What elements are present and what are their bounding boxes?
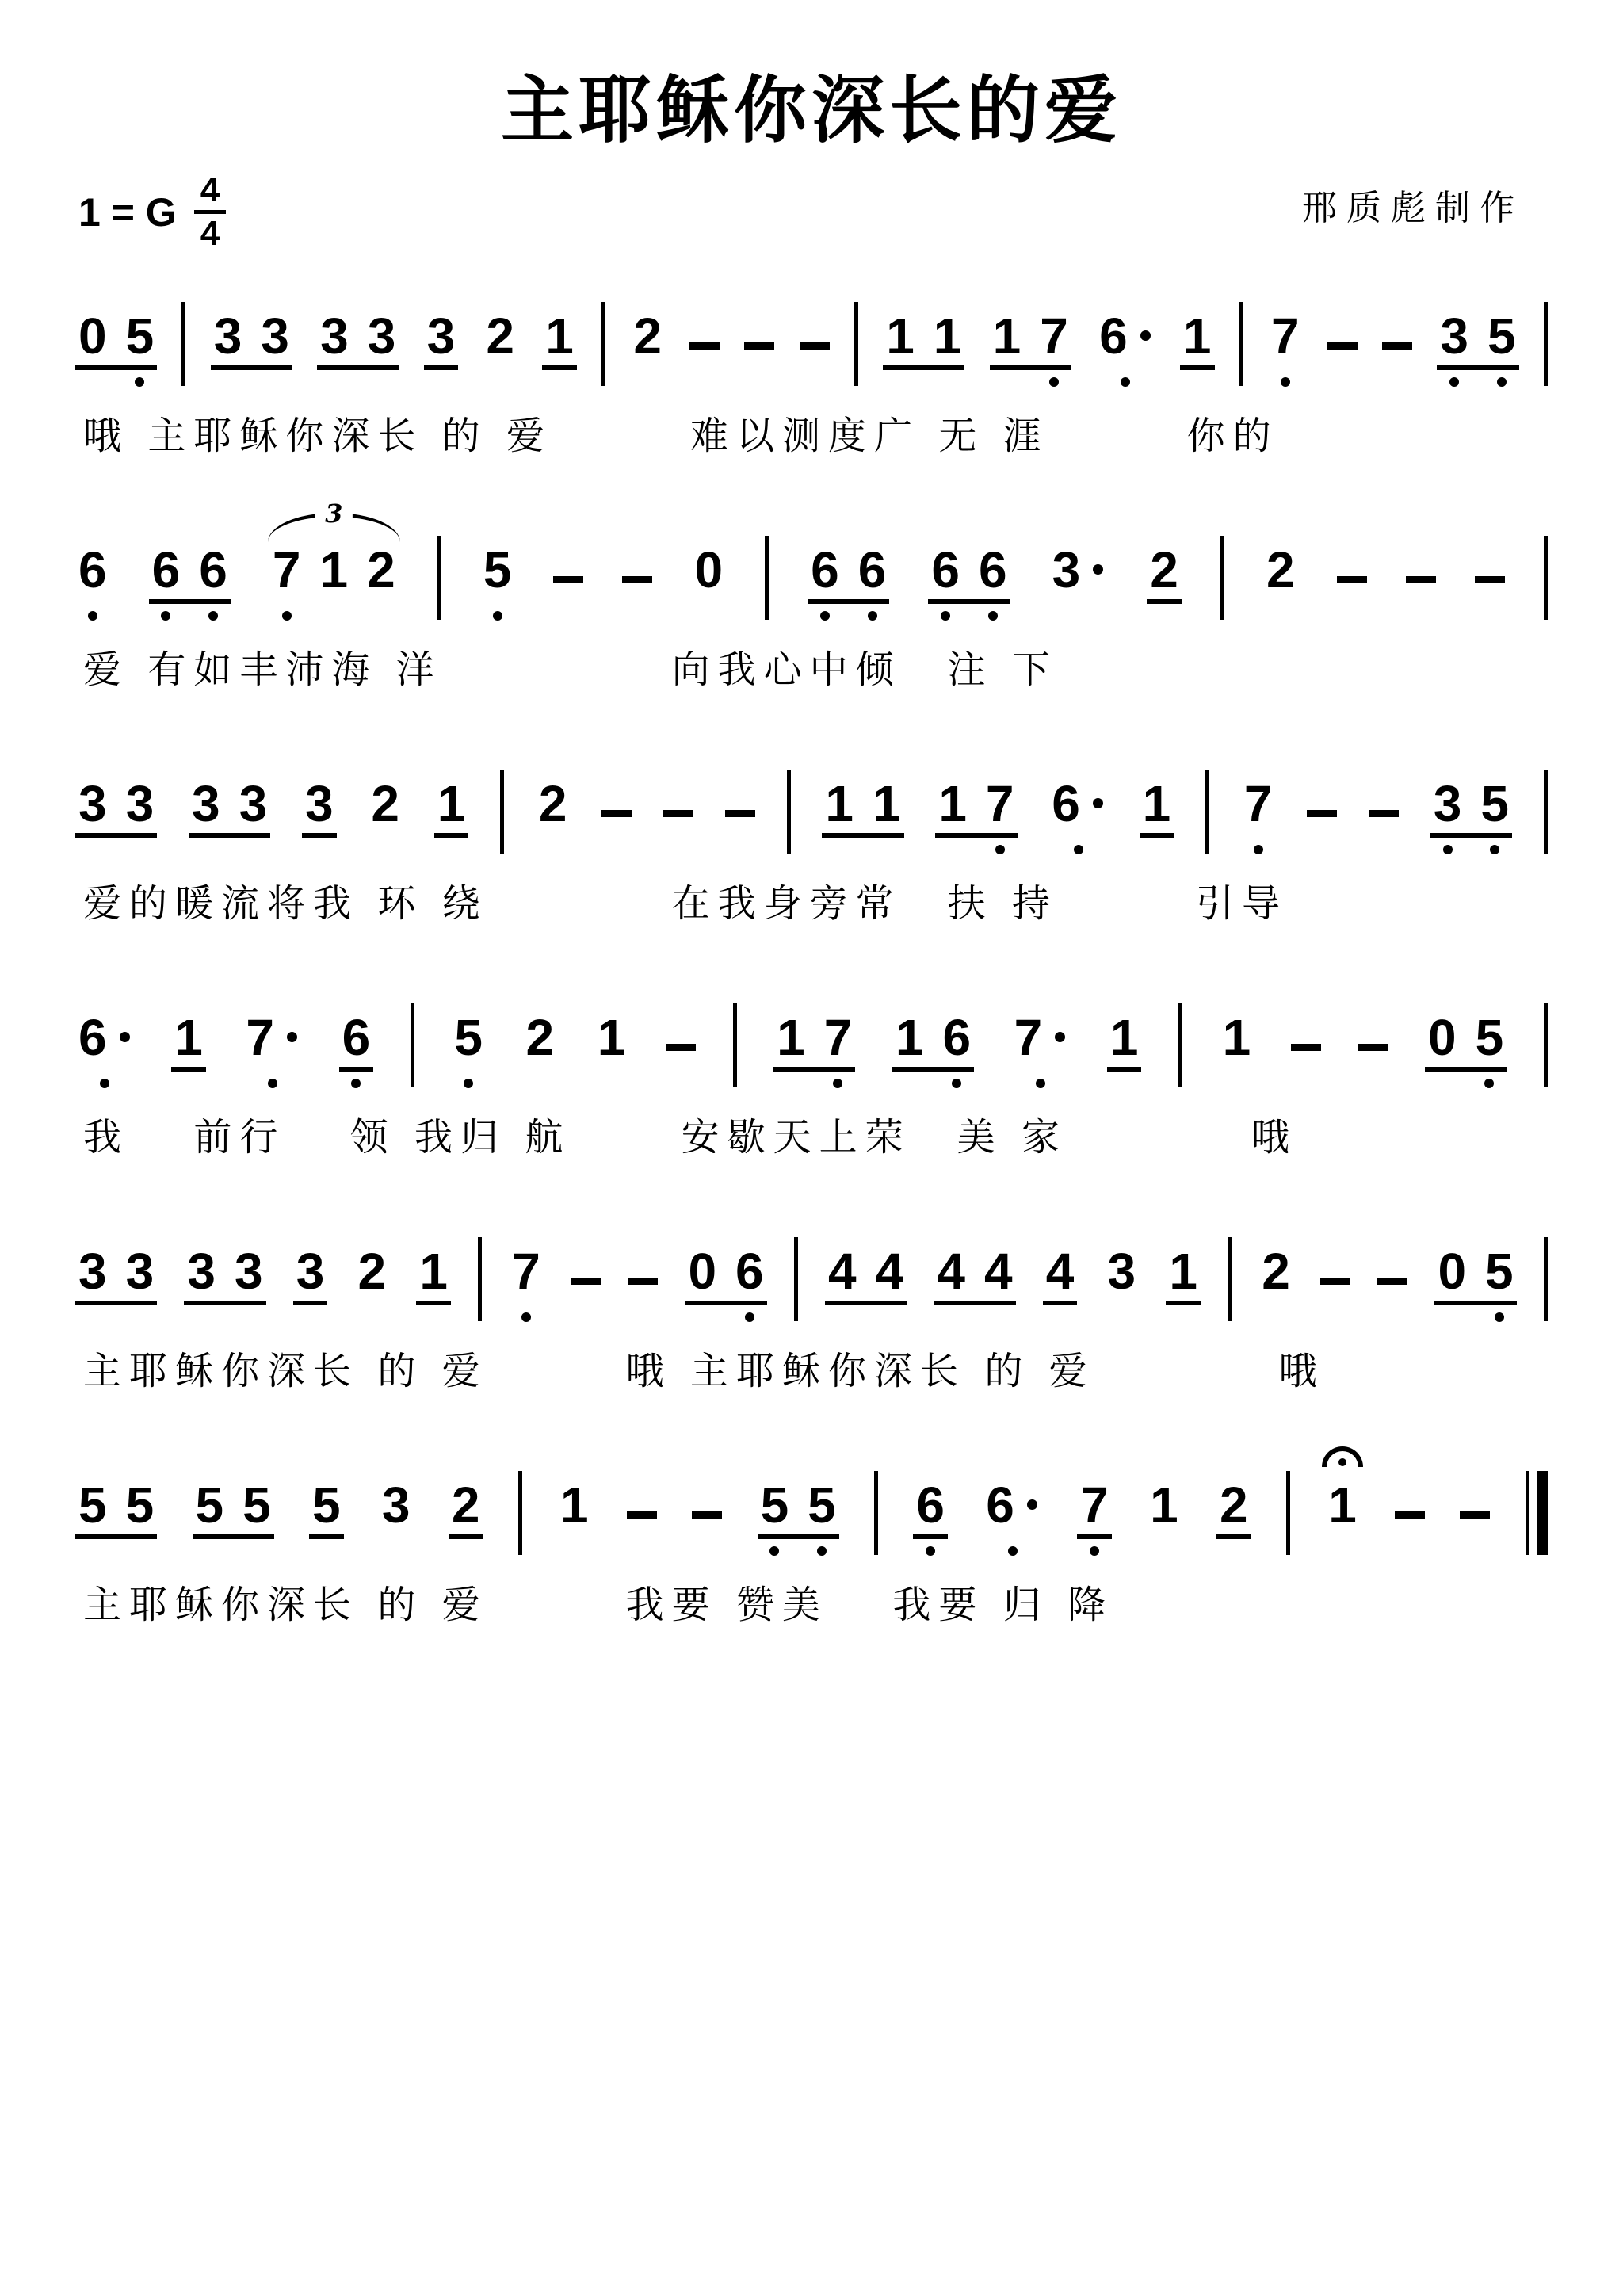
extension-dash (601, 810, 632, 817)
barline (1544, 1003, 1548, 1087)
note-digit: 1 (319, 549, 348, 592)
note-group: 2 (1216, 1484, 1251, 1539)
extension-dash (1337, 576, 1367, 583)
note: 4 (937, 1251, 965, 1293)
note-digit: 7 (246, 1017, 274, 1060)
notation-line-5: 33333217064444431205 (75, 1237, 1548, 1305)
extension-dash (1377, 1278, 1407, 1285)
note-digit: 3 (261, 315, 289, 358)
note-digit: 6 (78, 549, 107, 592)
low-octave-dot-icon (493, 611, 502, 621)
note-digit: 1 (174, 1017, 203, 1060)
note-digit: 6 (986, 1484, 1014, 1527)
extension-dash (1395, 1511, 1425, 1519)
note-digit: 2 (486, 315, 514, 358)
note-digit: 3 (235, 1251, 263, 1293)
note-digit: 5 (126, 1484, 155, 1527)
note: 7 (512, 1251, 540, 1293)
note: 5 (808, 1484, 836, 1527)
note-group: 55 (75, 1484, 157, 1539)
note: 1 (319, 549, 348, 592)
note-group: 3 (1049, 549, 1109, 604)
note: 6 (979, 549, 1007, 592)
note-digit: 3 (1052, 549, 1081, 592)
note: 6 (1052, 783, 1105, 826)
note-group: 2 (1258, 1251, 1293, 1305)
note-group: 2 (523, 1017, 558, 1072)
note-group: 1 (416, 1251, 451, 1305)
note-group: 6 (75, 549, 110, 604)
notation-line-2: 6663712506666322 (75, 536, 1548, 604)
note-group: 05 (75, 315, 157, 370)
note-group: 0 (691, 549, 726, 604)
note: 1 (1223, 1017, 1251, 1060)
note-group: 3 (424, 315, 459, 370)
low-octave-dot-icon (1281, 377, 1290, 387)
note: 3 (368, 315, 396, 358)
extension-dash (1460, 1511, 1490, 1519)
score: 0533333212111761735哦 主耶稣你深长 的 爱 难以测度广 无 … (75, 302, 1548, 1629)
extension-dash (1358, 1044, 1388, 1051)
note: 0 (694, 549, 723, 592)
note-digit: 6 (931, 549, 960, 592)
note-digit: 3 (214, 315, 242, 358)
note-group: 33 (75, 1251, 157, 1305)
note: 2 (526, 1017, 555, 1060)
note-digit: 5 (808, 1484, 836, 1527)
note-group: 35 (1437, 315, 1518, 370)
final-barline (1526, 1471, 1548, 1555)
note-group: 3 (293, 1251, 328, 1305)
barline (765, 536, 769, 620)
note-digit: 3 (296, 1251, 325, 1293)
note: 5 (1476, 1017, 1504, 1060)
note: 5 (242, 1484, 271, 1527)
low-octave-dot-icon (268, 1079, 277, 1088)
note-digit: 3 (126, 1251, 155, 1293)
extension-dash (1382, 342, 1412, 350)
extension-dash (1327, 342, 1358, 350)
note: 1 (1328, 1484, 1357, 1527)
note-digit: 1 (1183, 315, 1212, 358)
extension-dash (800, 342, 830, 350)
note-digit: 1 (777, 1017, 805, 1060)
note-group: 7 (1011, 1017, 1071, 1072)
barline (500, 770, 504, 854)
extension-dash (553, 576, 583, 583)
low-octave-dot-icon (745, 1312, 754, 1322)
extension-dash (628, 1278, 658, 1285)
note: 6 (78, 549, 107, 592)
augmentation-dot-icon (287, 1032, 297, 1042)
key-signature: 1 = G 4 4 (78, 173, 226, 251)
low-octave-dot-icon (100, 1079, 109, 1088)
final-barline-thin (1526, 1471, 1529, 1555)
note-digit: 4 (828, 1251, 857, 1293)
note: 1 (993, 315, 1022, 358)
low-octave-dot-icon (1490, 845, 1499, 854)
note-group: 5 (451, 1017, 486, 1072)
note-group: 17 (990, 315, 1071, 370)
augmentation-dot-icon (1055, 1032, 1065, 1042)
note: 3 (126, 783, 155, 826)
extension-dash (1307, 810, 1337, 817)
note: 6 (811, 549, 839, 592)
low-octave-dot-icon (817, 1546, 827, 1556)
note: 0 (688, 1251, 716, 1293)
note-digit: 0 (1428, 1017, 1457, 1060)
note-group: 44 (934, 1251, 1015, 1305)
note: 3 (187, 1251, 216, 1293)
note: 7 (1014, 1017, 1067, 1060)
note-group: 7 (1077, 1484, 1112, 1539)
note-digit: 2 (1266, 549, 1295, 592)
note-digit: 1 (825, 783, 854, 826)
note-digit: 2 (633, 315, 662, 358)
note: 2 (1266, 549, 1295, 592)
note: 5 (1485, 1251, 1514, 1293)
notation-line-4: 6176521171671105 (75, 1003, 1548, 1072)
note-group: 2 (536, 783, 571, 838)
note: 5 (483, 549, 512, 592)
note-group: 11 (883, 315, 964, 370)
note: 1 (896, 1017, 924, 1060)
notation-line-6: 5555532155667121 (75, 1471, 1548, 1539)
note-group: 6 (339, 1017, 374, 1072)
low-octave-dot-icon (521, 1312, 531, 1322)
note-digit: 2 (1150, 549, 1178, 592)
note-digit: 7 (273, 549, 301, 592)
note-digit: 2 (526, 1017, 555, 1060)
note-digit: 1 (1150, 1484, 1178, 1527)
note-digit: 6 (1052, 783, 1080, 826)
time-numerator: 4 (194, 173, 226, 214)
note: 2 (486, 315, 514, 358)
note-digit: 7 (512, 1251, 540, 1293)
note: 0 (78, 315, 107, 358)
note: 5 (761, 1484, 789, 1527)
note-digit: 6 (735, 1251, 764, 1293)
note-digit: 7 (1014, 1017, 1043, 1060)
note-group: 4 (1043, 1251, 1078, 1305)
low-octave-dot-icon (1049, 377, 1059, 387)
note-group: 1 (557, 1484, 592, 1539)
note-group: 17 (935, 783, 1017, 838)
extension-dash (1475, 576, 1505, 583)
barline (437, 536, 441, 620)
note-group: 7 (242, 1017, 302, 1072)
note-digit: 6 (979, 549, 1007, 592)
note-group: 1 (1107, 1017, 1142, 1072)
note: 1 (777, 1017, 805, 1060)
note-group: 7 (509, 1251, 544, 1305)
low-octave-dot-icon (926, 1546, 935, 1556)
note-group: 2 (1263, 549, 1298, 604)
note: 3 (427, 315, 456, 358)
barline (181, 302, 185, 386)
low-octave-dot-icon (820, 611, 830, 621)
key-label: 1 = G (78, 189, 177, 235)
augmentation-dot-icon (1093, 564, 1103, 575)
augmentation-dot-icon (1027, 1499, 1037, 1510)
barline (787, 770, 791, 854)
note-digit: 6 (858, 549, 887, 592)
note-digit: 1 (545, 315, 574, 358)
notation-line-1: 0533333212111761735 (75, 302, 1548, 370)
note: 5 (126, 1484, 155, 1527)
note-group: 33 (184, 1251, 265, 1305)
note-group: 3 (379, 1484, 414, 1539)
note-group: 5 (480, 549, 515, 604)
note-digit: 2 (1262, 1251, 1290, 1293)
fermata-icon (1322, 1446, 1363, 1467)
low-octave-dot-icon (1121, 377, 1130, 387)
note: 5 (312, 1484, 341, 1527)
credit-text: 邢质彪制作 (1302, 179, 1524, 230)
extension-dash (571, 1278, 601, 1285)
barline (1286, 1471, 1290, 1555)
low-octave-dot-icon (988, 611, 998, 621)
note-digit: 1 (598, 1017, 626, 1060)
note-digit: 7 (1080, 1484, 1109, 1527)
note-group: 33 (75, 783, 157, 838)
note-digit: 2 (367, 549, 395, 592)
note-group: 6 (983, 1484, 1042, 1539)
extension-dash (1320, 1278, 1350, 1285)
note: 1 (886, 315, 915, 358)
extension-dash (1369, 810, 1399, 817)
low-octave-dot-icon (1074, 845, 1083, 854)
note-digit: 7 (1271, 315, 1300, 358)
note: 2 (1262, 1251, 1290, 1293)
note-digit: 3 (78, 783, 107, 826)
extension-dash (1291, 1044, 1321, 1051)
lyrics-line-2: 爱 有如丰沛海 洋 向我心中倾 注 下 (83, 639, 1548, 693)
low-octave-dot-icon (1254, 845, 1263, 854)
note-digit: 6 (78, 1017, 107, 1060)
note-digit: 2 (358, 1251, 387, 1293)
low-octave-dot-icon (868, 611, 877, 621)
barline (854, 302, 858, 386)
note-digit: 6 (942, 1017, 971, 1060)
note-group: 1 (1325, 1484, 1360, 1539)
barline (601, 302, 605, 386)
note: 7 (1271, 315, 1300, 358)
note-digit: 3 (305, 783, 334, 826)
note-digit: 3 (192, 783, 220, 826)
note: 2 (367, 549, 395, 592)
note-digit: 3 (1434, 783, 1462, 826)
note: 3 (382, 1484, 411, 1527)
note-group: 11 (822, 783, 903, 838)
barline (794, 1237, 798, 1321)
note-group: 6 (75, 1017, 135, 1072)
note-digit: 5 (126, 315, 155, 358)
barline (1544, 302, 1548, 386)
low-octave-dot-icon (1008, 1546, 1018, 1556)
note-digit: 3 (1108, 1251, 1136, 1293)
note-digit: 7 (1244, 783, 1273, 826)
lyrics-line-6: 主耶稣你深长 的 爱 我要 赞美 我要 归 降 (83, 1574, 1548, 1629)
note: 0 (1428, 1017, 1457, 1060)
note: 3 (192, 783, 220, 826)
extension-dash (627, 1511, 657, 1519)
note-digit: 5 (761, 1484, 789, 1527)
note-digit: 7 (1040, 315, 1068, 358)
note-group: 3 (1105, 1251, 1140, 1305)
song-title: 主耶稣你深长的爱 (75, 52, 1548, 157)
note-digit: 6 (916, 1484, 945, 1527)
note: 1 (938, 783, 967, 826)
extension-dash (666, 1044, 696, 1051)
note-digit: 5 (1476, 1017, 1504, 1060)
note-group: 1 (542, 315, 577, 370)
note: 4 (828, 1251, 857, 1293)
extension-dash (622, 576, 652, 583)
note-group: 1 (1166, 1251, 1201, 1305)
note-group: 55 (758, 1484, 839, 1539)
note: 3 (1434, 783, 1462, 826)
note-digit: 6 (342, 1017, 371, 1060)
note-digit: 6 (152, 549, 181, 592)
low-octave-dot-icon (351, 1079, 361, 1088)
lyrics-line-5: 主耶稣你深长 的 爱 哦 主耶稣你深长 的 爱 哦 (83, 1340, 1548, 1395)
note-group: 06 (685, 1251, 766, 1305)
note-digit: 6 (199, 549, 227, 592)
note-digit: 6 (1099, 315, 1128, 358)
note: 0 (1438, 1251, 1466, 1293)
note-group: 33 (317, 315, 399, 370)
note: 7 (1080, 1484, 1109, 1527)
low-octave-dot-icon (1090, 1546, 1099, 1556)
note: 1 (598, 1017, 626, 1060)
note-digit: 3 (126, 783, 155, 826)
note-digit: 3 (320, 315, 349, 358)
note: 1 (174, 1017, 203, 1060)
note: 5 (196, 1484, 224, 1527)
note-digit: 6 (811, 549, 839, 592)
low-octave-dot-icon (833, 1079, 842, 1088)
low-octave-dot-icon (464, 1079, 473, 1088)
note: 7 (1244, 783, 1273, 826)
note: 1 (560, 1484, 589, 1527)
low-octave-dot-icon (952, 1079, 961, 1088)
note-group: 6 (1096, 315, 1155, 370)
barline (411, 1003, 414, 1087)
note: 2 (1150, 549, 1178, 592)
low-octave-dot-icon (1443, 845, 1453, 854)
low-octave-dot-icon (1449, 377, 1459, 387)
note-digit: 3 (1440, 315, 1468, 358)
extension-dash (744, 342, 774, 350)
extension-dash (725, 810, 755, 817)
note-digit: 1 (886, 315, 915, 358)
barline (478, 1237, 482, 1321)
note-group: 2 (368, 783, 403, 838)
note: 5 (454, 1017, 483, 1060)
note: 2 (539, 783, 567, 826)
note-digit: 5 (454, 1017, 483, 1060)
note-group: 55 (193, 1484, 274, 1539)
note-digit: 0 (688, 1251, 716, 1293)
note: 6 (78, 1017, 132, 1060)
note: 7 (986, 783, 1014, 826)
note: 2 (452, 1484, 480, 1527)
low-octave-dot-icon (282, 611, 292, 621)
note: 3 (1108, 1251, 1136, 1293)
note-group: 66 (928, 549, 1010, 604)
note-group: 7 (1241, 783, 1276, 838)
note-digit: 1 (1143, 783, 1171, 826)
note: 1 (1150, 1484, 1178, 1527)
time-denominator: 4 (200, 214, 220, 251)
note-digit: 5 (1487, 315, 1516, 358)
barline (733, 1003, 737, 1087)
extension-dash (1406, 576, 1436, 583)
note: 3 (239, 783, 268, 826)
note: 5 (78, 1484, 107, 1527)
extension-dash (689, 342, 720, 350)
note-group: 2 (630, 315, 665, 370)
note-digit: 5 (1480, 783, 1509, 826)
barline (1220, 536, 1224, 620)
note-digit: 1 (873, 783, 901, 826)
note: 1 (1169, 1251, 1197, 1293)
note-group: 33 (211, 315, 292, 370)
note-digit: 5 (78, 1484, 107, 1527)
note-digit: 5 (242, 1484, 271, 1527)
note-group: 66 (149, 549, 231, 604)
note-digit: 2 (452, 1484, 480, 1527)
note-digit: 1 (938, 783, 967, 826)
note-group: 2 (1147, 549, 1182, 604)
note: 1 (1183, 315, 1212, 358)
note: 3 (78, 1251, 107, 1293)
note-digit: 1 (993, 315, 1022, 358)
note: 3 (296, 1251, 325, 1293)
note: 5 (1480, 783, 1509, 826)
lyrics-line-4: 我 前行 领 我归 航 安歇天上荣 美 家 哦 (83, 1106, 1548, 1161)
note: 1 (419, 1251, 448, 1293)
note-group: 05 (1434, 1251, 1516, 1305)
note-digit: 1 (1110, 1017, 1139, 1060)
note-digit: 2 (371, 783, 399, 826)
note: 3 (235, 1251, 263, 1293)
note-digit: 0 (78, 315, 107, 358)
barline (1544, 536, 1548, 620)
barline (1228, 1237, 1232, 1321)
note-digit: 3 (368, 315, 396, 358)
low-octave-dot-icon (1484, 1079, 1494, 1088)
note: 3 (126, 1251, 155, 1293)
note-digit: 1 (1169, 1251, 1197, 1293)
note-digit: 4 (984, 1251, 1013, 1293)
triplet-number: 3 (315, 499, 352, 529)
note: 6 (342, 1017, 371, 1060)
low-octave-dot-icon (88, 611, 97, 621)
note: 1 (437, 783, 466, 826)
note-group: 1 (1147, 1484, 1182, 1539)
note: 3 (214, 315, 242, 358)
note-digit: 5 (312, 1484, 341, 1527)
note-digit: 5 (483, 549, 512, 592)
note: 2 (633, 315, 662, 358)
note: 7 (824, 1017, 853, 1060)
note: 5 (1487, 315, 1516, 358)
note: 1 (1110, 1017, 1139, 1060)
note-digit: 1 (419, 1251, 448, 1293)
note: 1 (545, 315, 574, 358)
